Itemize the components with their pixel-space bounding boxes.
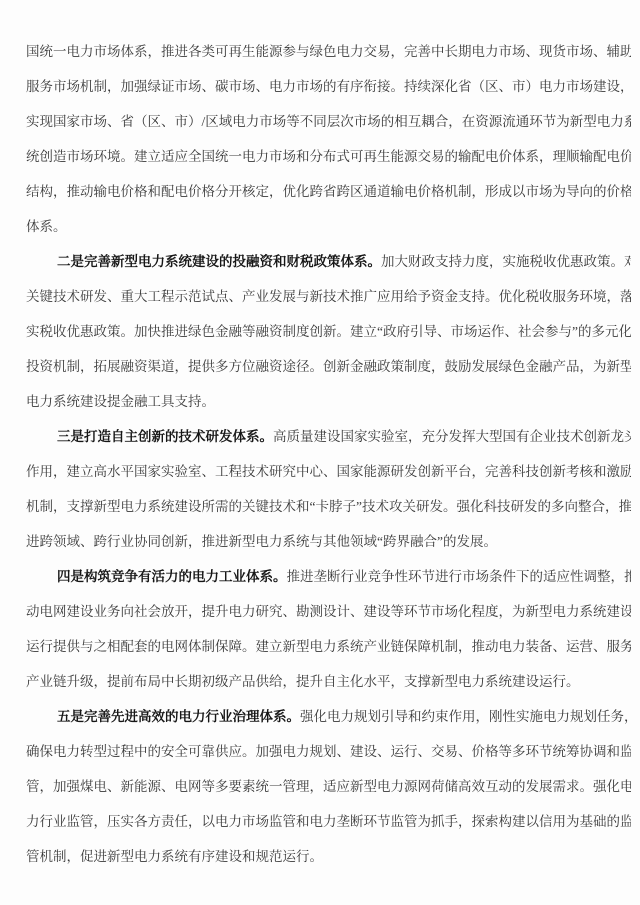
text-line: 服务市场机制，加强绿证市场、碳市场、电力市场的有序衔接。持续深化省（区、市）电力… <box>26 69 631 104</box>
line-text: 加大财政支持力度，实施税收优惠政策。对 <box>381 254 631 269</box>
paragraph-lead-bold: 二是完善新型电力系统建设的投融资和财税政策体系。 <box>57 254 381 269</box>
text-line: 机制，支撑新型电力系统建设所需的关键技术和“卡脖子”技术攻关研发。强化科技研发的… <box>26 489 631 524</box>
text-line: 管机制，促进新型电力系统有序建设和规范运行。 <box>26 839 631 874</box>
paragraph: 五是完善先进高效的电力行业治理体系。强化电力规划引导和约束作用，刚性实施电力规划… <box>26 699 631 874</box>
text-line: 运行提供与之相配套的电网体制保障。建立新型电力系统产业链保障机制，推动电力装备、… <box>26 629 631 664</box>
text-line: 实现国家市场、省（区、市）/区域电力市场等不同层次市场的相互耦合，在资源流通环节… <box>26 104 631 139</box>
paragraph: 四是构筑竞争有活力的电力工业体系。推进垄断行业竞争性环节进行市场条件下的适应性调… <box>26 559 631 699</box>
text-line: 国统一电力市场体系，推进各类可再生能源参与绿色电力交易，完善中长期电力市场、现货… <box>26 34 631 69</box>
text-line: 作用，建立高水平国家实验室、工程技术研究中心、国家能源研发创新平台，完善科技创新… <box>26 454 631 489</box>
text-line: 进跨领域、跨行业协同创新，推进新型电力系统与其他领域“跨界融合”的发展。 <box>26 524 631 559</box>
paragraph: 三是打造自主创新的技术研发体系。高质量建设国家实验室，充分发挥大型国有企业技术创… <box>26 419 631 559</box>
paragraph-lead-bold: 五是完善先进高效的电力行业治理体系。 <box>57 709 300 724</box>
text-line: 动电网建设业务向社会放开，提升电力研究、勘测设计、建设等环节市场化程度，为新型电… <box>26 594 631 629</box>
text-line: 体系。 <box>26 209 631 244</box>
paragraph: 二是完善新型电力系统建设的投融资和财税政策体系。加大财政支持力度，实施税收优惠政… <box>26 244 631 419</box>
text-line: 实税收优惠政策。加快推进绿色金融等融资制度创新。建立“政府引导、市场运作、社会参… <box>26 314 631 349</box>
paragraph-lead-bold: 四是构筑竞争有活力的电力工业体系。 <box>57 569 287 584</box>
line-text: 高质量建设国家实验室，充分发挥大型国有企业技术创新龙头 <box>273 429 631 444</box>
paragraph: 国统一电力市场体系，推进各类可再生能源参与绿色电力交易，完善中长期电力市场、现货… <box>26 34 631 244</box>
paragraph-lead-bold: 三是打造自主创新的技术研发体系。 <box>57 429 273 444</box>
line-text: 推进垄断行业竞争性环节进行市场条件下的适应性调整，推 <box>287 569 632 584</box>
text-line: 结构，推动输电价格和配电价格分开核定，优化跨省跨区通道输电价格机制，形成以市场为… <box>26 174 631 209</box>
text-line: 关键技术研发、重大工程示范试点、产业发展与新技术推广应用给予资金支持。优化税收服… <box>26 279 631 314</box>
text-line: 电力系统建设提金融工具支持。 <box>26 384 631 419</box>
text-line: 四是构筑竞争有活力的电力工业体系。推进垄断行业竞争性环节进行市场条件下的适应性调… <box>26 559 631 594</box>
text-line: 五是完善先进高效的电力行业治理体系。强化电力规划引导和约束作用，刚性实施电力规划… <box>26 699 631 734</box>
document-page: 国统一电力市场体系，推进各类可再生能源参与绿色电力交易，完善中长期电力市场、现货… <box>0 0 640 905</box>
text-line: 二是完善新型电力系统建设的投融资和财税政策体系。加大财政支持力度，实施税收优惠政… <box>26 244 631 279</box>
text-line: 力行业监管，压实各方责任，以电力市场监管和电力垄断环节监管为抓手，探索构建以信用… <box>26 804 631 839</box>
text-line: 三是打造自主创新的技术研发体系。高质量建设国家实验室，充分发挥大型国有企业技术创… <box>26 419 631 454</box>
text-line: 产业链升级，提前布局中长期初级产品供给，提升自主化水平，支撑新型电力系统建设运行… <box>26 664 631 699</box>
line-text: 强化电力规划引导和约束作用，刚性实施电力规划任务， <box>300 709 631 724</box>
text-line: 统创造市场环境。建立适应全国统一电力市场和分布式可再生能源交易的输配电价体系，理… <box>26 139 631 174</box>
text-line: 确保电力转型过程中的安全可靠供应。加强电力规划、建设、运行、交易、价格等多环节统… <box>26 734 631 769</box>
text-line: 管，加强煤电、新能源、电网等多要素统一管理，适应新型电力源网荷储高效互动的发展需… <box>26 769 631 804</box>
text-line: 投资机制，拓展融资渠道，提供多方位融资途径。创新金融政策制度，鼓励发展绿色金融产… <box>26 349 631 384</box>
